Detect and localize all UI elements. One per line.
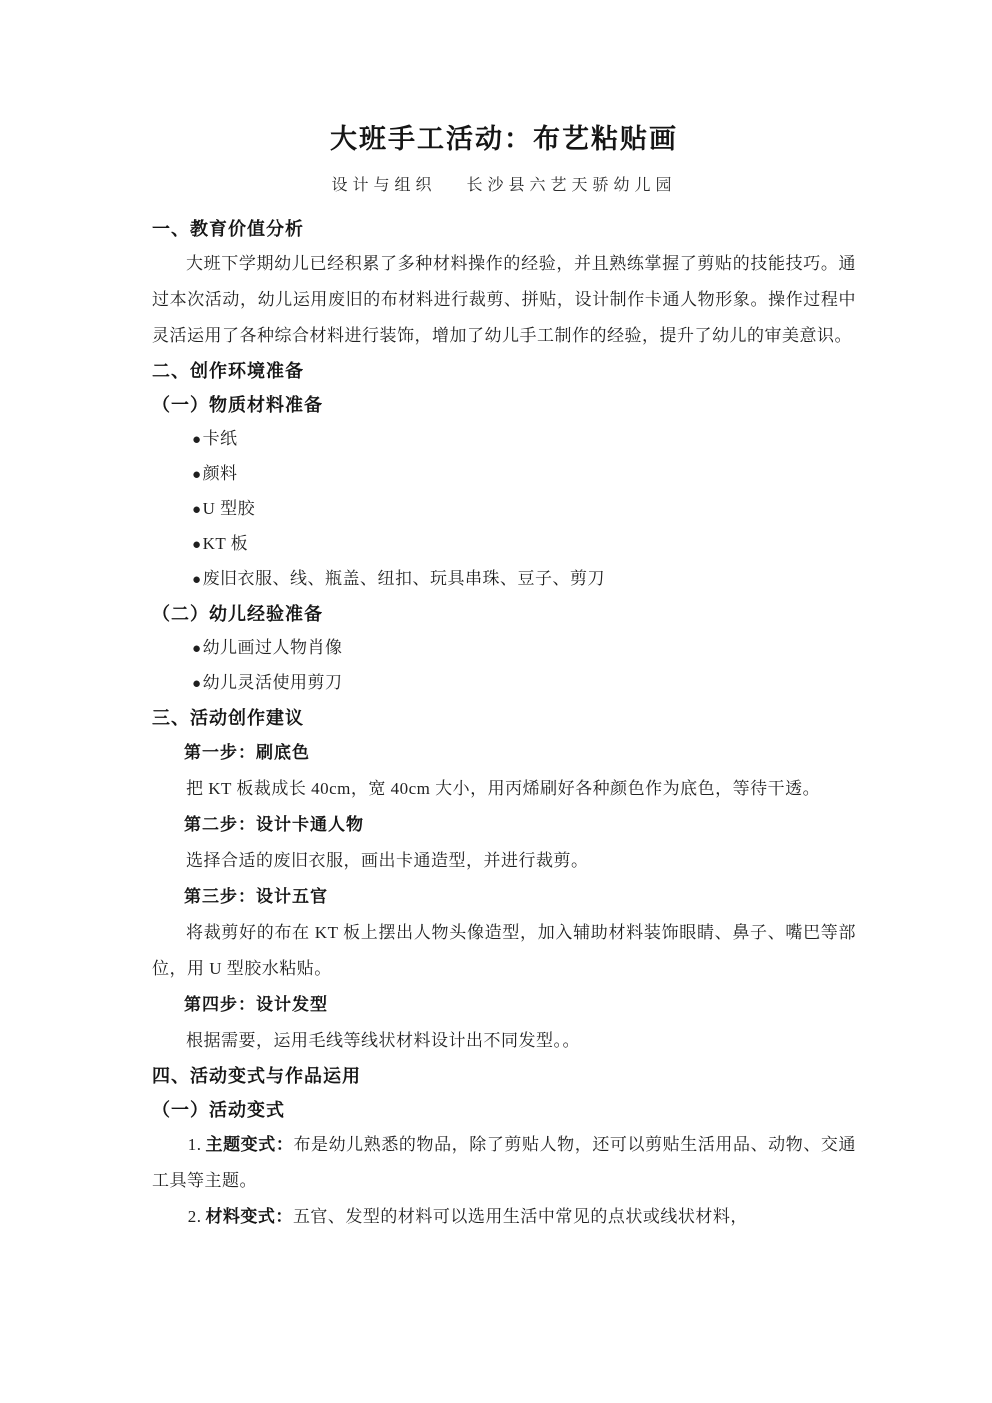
material-item-text: 废旧衣服、线、瓶盖、纽扣、玩具串珠、豆子、剪刀: [203, 569, 606, 588]
variant-2-number: 2.: [188, 1207, 202, 1226]
material-item-text: 卡纸: [203, 429, 238, 448]
experience-item: ●幼儿灵活使用剪刀: [152, 666, 856, 701]
material-item-text: 颜料: [203, 464, 238, 483]
document-page: 大班手工活动：布艺粘贴画 设计与组织长沙县六艺天骄幼儿园 一、教育价值分析 大班…: [0, 0, 992, 1403]
byline-organization: 长沙县六艺天骄幼儿园: [467, 177, 677, 194]
experience-item-text: 幼儿画过人物肖像: [203, 638, 343, 657]
section-1-paragraph: 大班下学期幼儿已经积累了多种材料操作的经验，并且熟练掌握了剪贴的技能技巧。通过本…: [152, 246, 856, 354]
experience-item-text: 幼儿灵活使用剪刀: [203, 673, 343, 692]
experience-item: ●幼儿画过人物肖像: [152, 631, 856, 666]
step-4-heading: 第四步：设计发型: [152, 987, 856, 1023]
section-4-sub-1-heading: （一）活动变式: [152, 1093, 856, 1127]
bullet-icon: ●: [192, 432, 202, 448]
variant-2-text: 五官、发型的材料可以选用生活中常见的点状或线状材料，: [293, 1207, 748, 1226]
material-item-text: U 型胶: [203, 499, 256, 518]
variant-item-1: 1.主题变式：布是幼儿熟悉的物品，除了剪贴人物，还可以剪贴生活用品、动物、交通工…: [152, 1127, 856, 1199]
section-1-heading: 一、教育价值分析: [152, 212, 856, 246]
document-title: 大班手工活动：布艺粘贴画: [152, 122, 856, 156]
bullet-icon: ●: [192, 502, 202, 518]
document-content: 大班手工活动：布艺粘贴画 设计与组织长沙县六艺天骄幼儿园 一、教育价值分析 大班…: [152, 122, 856, 1235]
step-1-body: 把 KT 板裁成长 40cm，宽 40cm 大小，用丙烯刷好各种颜色作为底色，等…: [152, 771, 856, 807]
bullet-icon: ●: [192, 676, 202, 692]
step-3-body: 将裁剪好的布在 KT 板上摆出人物头像造型，加入辅助材料装饰眼睛、鼻子、嘴巴等部…: [152, 915, 856, 987]
bullet-icon: ●: [192, 572, 202, 588]
section-2-sub-2-heading: （二）幼儿经验准备: [152, 597, 856, 631]
variant-item-2: 2.材料变式：五官、发型的材料可以选用生活中常见的点状或线状材料，: [152, 1199, 856, 1235]
material-item-text: KT 板: [203, 534, 249, 553]
step-2-heading: 第二步：设计卡通人物: [152, 807, 856, 843]
variant-1-term: 主题变式：: [205, 1135, 293, 1154]
variant-2-term: 材料变式：: [205, 1207, 293, 1226]
step-1-heading: 第一步：刷底色: [152, 735, 856, 771]
material-item: ●废旧衣服、线、瓶盖、纽扣、玩具串珠、豆子、剪刀: [152, 562, 856, 597]
material-item: ●颜料: [152, 457, 856, 492]
section-4-heading: 四、活动变式与作品运用: [152, 1059, 856, 1093]
step-3-heading: 第三步：设计五官: [152, 879, 856, 915]
byline: 设计与组织长沙县六艺天骄幼儿园: [152, 174, 856, 198]
bullet-icon: ●: [192, 641, 202, 657]
material-item: ●KT 板: [152, 527, 856, 562]
step-2-body: 选择合适的废旧衣服，画出卡通造型，并进行裁剪。: [152, 843, 856, 879]
section-2-sub-1-heading: （一）物质材料准备: [152, 388, 856, 422]
step-4-body: 根据需要，运用毛线等线状材料设计出不同发型。。: [152, 1023, 856, 1059]
material-item: ●卡纸: [152, 422, 856, 457]
section-3-heading: 三、活动创作建议: [152, 701, 856, 735]
byline-role: 设计与组织: [331, 177, 436, 194]
section-2-heading: 二、创作环境准备: [152, 354, 856, 388]
bullet-icon: ●: [192, 467, 202, 483]
material-item: ●U 型胶: [152, 492, 856, 527]
variant-1-number: 1.: [188, 1135, 202, 1154]
bullet-icon: ●: [192, 537, 202, 553]
